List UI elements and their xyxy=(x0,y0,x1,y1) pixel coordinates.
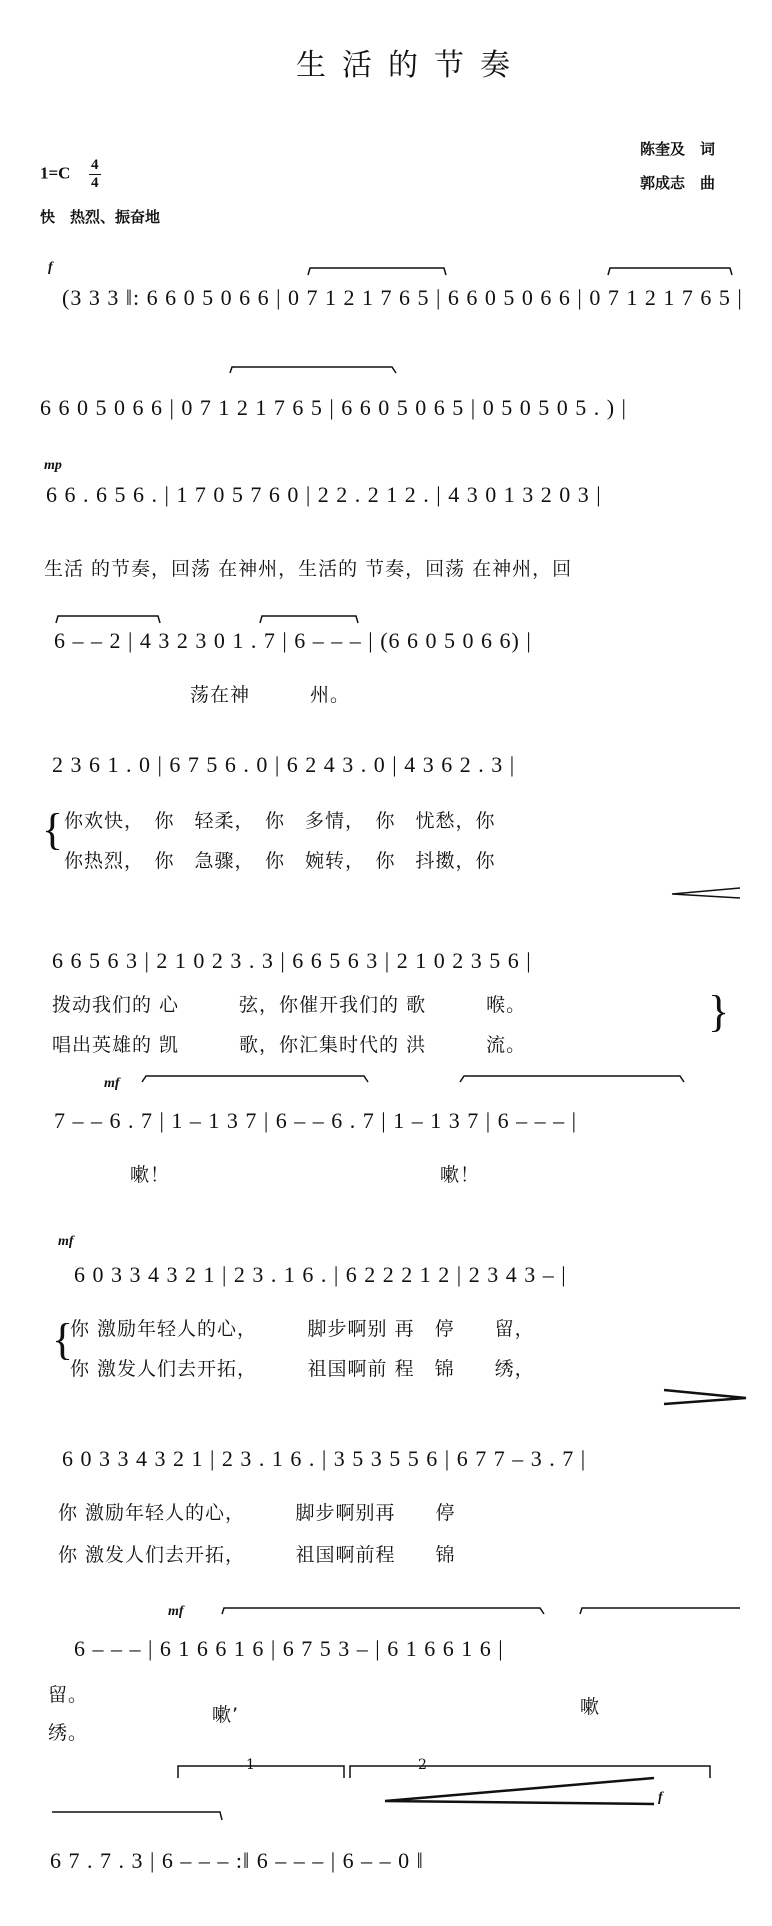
notation-overlay xyxy=(0,0,772,1926)
